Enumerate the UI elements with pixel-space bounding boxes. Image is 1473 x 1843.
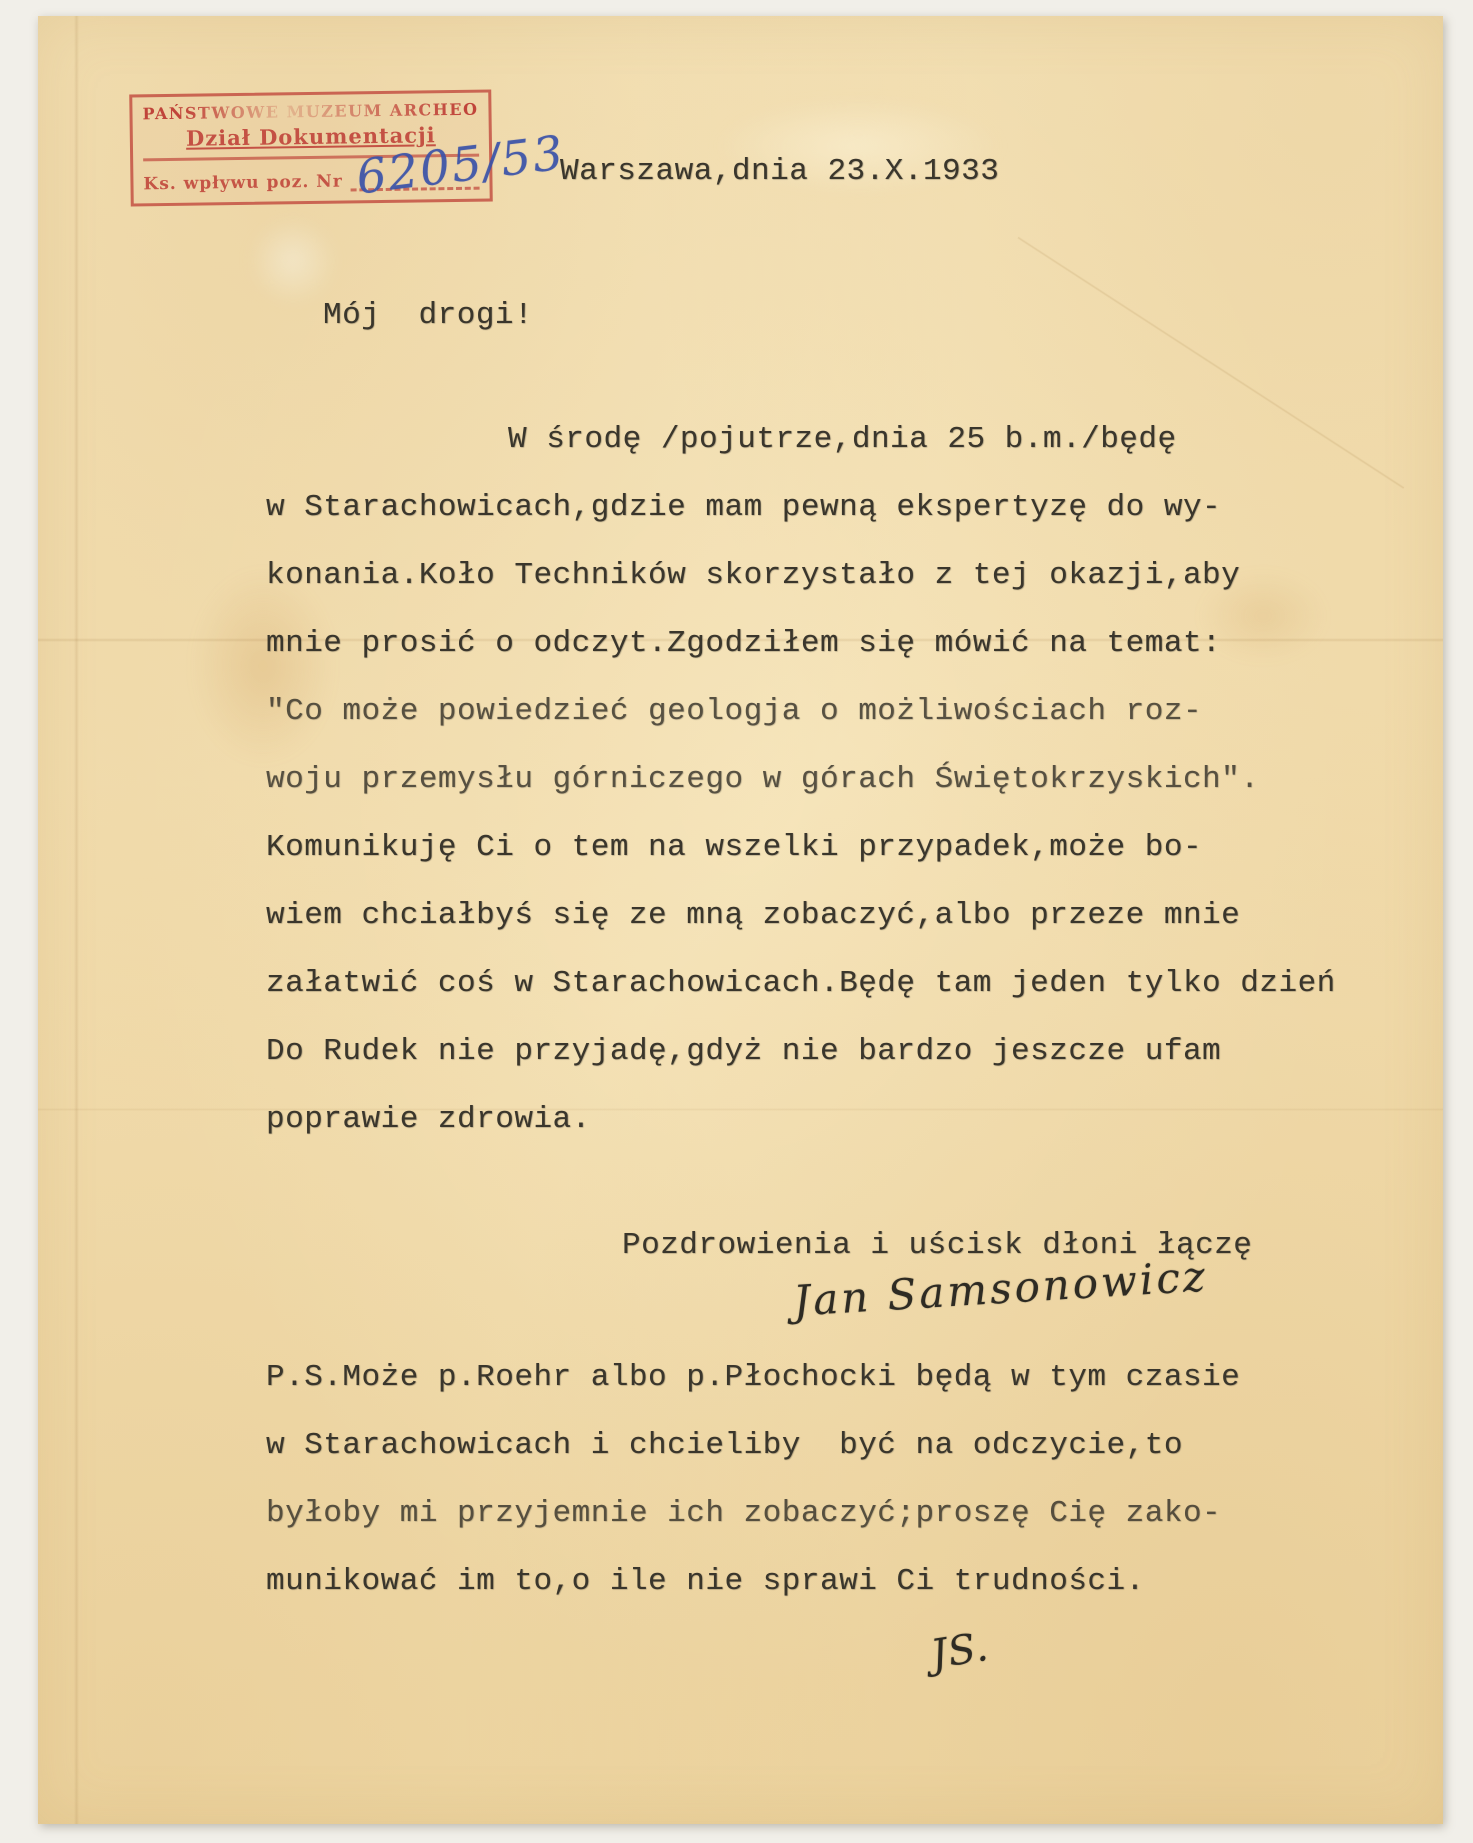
ps-line: w Starachowicach i chcieliby być na odcz… [266, 1412, 1240, 1480]
stamp-register-text: Ks. wpływu poz. Nr [143, 171, 343, 194]
ps-line: byłoby mi przyjemnie ich zobaczyć;proszę… [266, 1480, 1240, 1548]
body-line: poprawie zdrowia. [266, 1086, 1336, 1154]
body-line: w Starachowicach,gdzie mam pewną ekspert… [266, 474, 1336, 542]
body-line: "Co może powiedzieć geologja o możliwośc… [266, 678, 1336, 746]
body-line: wiem chciałbyś się ze mną zobaczyć,albo … [266, 882, 1336, 950]
letter-body: W środę /pojutrze,dnia 25 b.m./będę w St… [266, 406, 1336, 1154]
stamp-institution-name: PAŃSTWOWE MUZEUM ARCHEOLOGICZNE [142, 100, 478, 124]
salutation: Mój drogi! [323, 298, 533, 333]
ps-line: munikować im to,o ile nie sprawi Ci trud… [266, 1548, 1240, 1616]
body-line: konania.Koło Techników skorzystało z tej… [266, 542, 1336, 610]
dateline: Warszawa,dnia 23.X.1933 [560, 154, 999, 189]
ps-line: P.S.Może p.Roehr albo p.Płochocki będą w… [266, 1344, 1240, 1412]
body-line: mnie prosić o odczyt.Zgodziłem się mówić… [266, 610, 1336, 678]
paper-crease [74, 16, 79, 1824]
body-line: Komunikuję Ci o tem na wszelki przypadek… [266, 814, 1336, 882]
handwritten-initials: JS. [928, 1624, 992, 1678]
body-line: W środę /pojutrze,dnia 25 b.m./będę [266, 406, 1336, 474]
body-line: załatwić coś w Starachowicach.Będę tam j… [266, 950, 1336, 1018]
postscript: P.S.Może p.Roehr albo p.Płochocki będą w… [266, 1344, 1240, 1616]
letter-paper: PAŃSTWOWE MUZEUM ARCHEOLOGICZNE Dział Do… [38, 16, 1443, 1824]
body-line: woju przemysłu górniczego w górach Święt… [266, 746, 1336, 814]
body-line: Do Rudek nie przyjadę,gdyż nie bardzo je… [266, 1018, 1336, 1086]
